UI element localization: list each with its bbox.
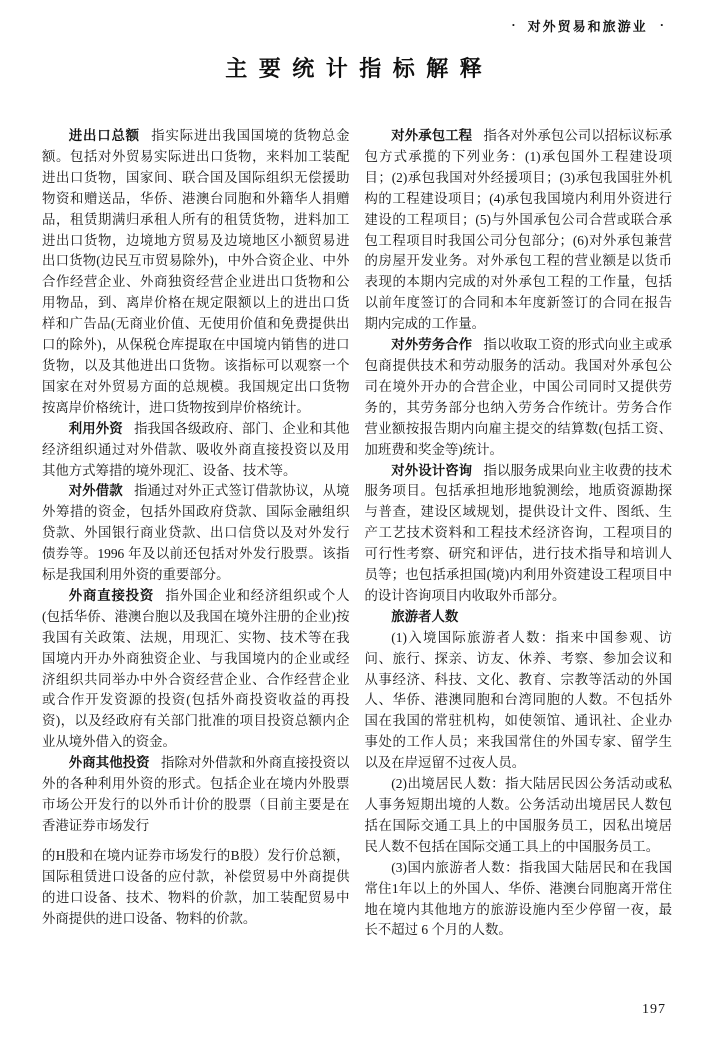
paragraph-text: (2)出境居民人数：指大陆居民因公务活动或私人事务短期出境的人数。公务活动出境居… [365, 776, 673, 854]
page-title: 主 要 统 计 指 标 解 释 [0, 52, 710, 83]
header-dot-left-icon: · [511, 17, 515, 33]
running-header: · 对外贸易和旅游业 · [511, 16, 664, 35]
left-column: 进出口总额指实际进出我国国境的货物总金额。包括对外贸易实际进出口货物，来料加工装… [42, 126, 350, 941]
paragraph-direct-investment: 外商直接投资指外国企业和经济组织或个人(包括华侨、港澳台胞以及我国在境外注册的企… [42, 586, 350, 753]
paragraph-heading: 对外设计咨询 [391, 463, 483, 478]
right-column: 对外承包工程指各对外承包公司以招标议标承包方式承揽的下列业务：(1)承包国外工程… [365, 126, 673, 941]
paragraph-text: 的H股和在境内证券市场发行的B股）发行价总额，国际租赁进口设备的应付款，补偿贸易… [42, 848, 350, 926]
paragraph-foreign-capital: 利用外资指我国各级政府、部门、企业和其他经济组织通过对外借款、吸收外商直接投资以… [42, 419, 350, 482]
document-page: · 对外贸易和旅游业 · 主 要 统 计 指 标 解 释 进出口总额指实际进出我… [0, 0, 710, 1042]
paragraph-heading: 对外借款 [69, 483, 134, 498]
paragraph-other-investment-continued: 的H股和在境内证券市场发行的B股）发行价总额，国际租赁进口设备的应付款，补偿贸易… [42, 846, 350, 930]
paragraph-contracted-projects: 对外承包工程指各对外承包公司以招标议标承包方式承揽的下列业务：(1)承包国外工程… [365, 126, 673, 335]
paragraph-inbound-tourists: (1)入境国际旅游者人数：指来中国参观、访问、旅行、探亲、访友、休养、考察、参加… [365, 628, 673, 774]
paragraph-heading: 旅游者人数 [391, 609, 469, 624]
paragraph-text: 指以服务成果向业主收费的技术服务项目。包括承担地形地貌测绘，地质资源勘探与普查，… [365, 463, 673, 603]
paragraph-text: 指以收取工资的形式向业主或承包商提供技术和劳动服务的活动。我国对外承包公司在境外… [365, 337, 673, 457]
paragraph-heading: 外商直接投资 [69, 588, 166, 603]
paragraph-heading: 对外劳务合作 [391, 337, 483, 352]
paragraph-heading: 进出口总额 [69, 128, 151, 143]
paragraph-heading: 利用外资 [69, 421, 134, 436]
paragraph-heading: 对外承包工程 [391, 128, 483, 143]
paragraph-outbound-residents: (2)出境居民人数：指大陆居民因公务活动或私人事务短期出境的人数。公务活动出境居… [365, 774, 673, 858]
paragraph-text: (3)国内旅游者人数：指我国大陆居民和在我国常住1年以上的外国人、华侨、港澳台同… [365, 860, 673, 938]
paragraph-text: 指外国企业和经济组织或个人(包括华侨、港澳台胞以及我国在境外注册的企业)按我国有… [42, 588, 350, 749]
paragraph-imports-exports: 进出口总额指实际进出我国国境的货物总金额。包括对外贸易实际进出口货物，来料加工装… [42, 126, 350, 419]
paragraph-text: (1)入境国际旅游者人数：指来中国参观、访问、旅行、探亲、访友、休养、考察、参加… [365, 630, 673, 770]
text-columns: 进出口总额指实际进出我国国境的货物总金额。包括对外贸易实际进出口货物，来料加工装… [42, 126, 672, 941]
header-chapter-label: 对外贸易和旅游业 [528, 16, 648, 35]
page-number: 197 [642, 1002, 666, 1018]
paragraph-other-investment: 外商其他投资指除对外借款和外商直接投资以外的各种利用外资的形式。包括企业在境内外… [42, 753, 350, 837]
paragraph-design-consultation: 对外设计咨询指以服务成果向业主收费的技术服务项目。包括承担地形地貌测绘，地质资源… [365, 461, 673, 607]
paragraph-heading: 外商其他投资 [69, 755, 161, 770]
header-dot-right-icon: · [660, 17, 664, 33]
paragraph-text: 指通过对外正式签订借款协议，从境外筹措的资金，包括外国政府贷款、国际金融组织贷款… [42, 483, 350, 582]
paragraph-tourist-numbers-heading: 旅游者人数 [365, 607, 673, 628]
paragraph-foreign-loans: 对外借款指通过对外正式签订借款协议，从境外筹措的资金，包括外国政府贷款、国际金融… [42, 481, 350, 586]
paragraph-labor-cooperation: 对外劳务合作指以收取工资的形式向业主或承包商提供技术和劳动服务的活动。我国对外承… [365, 335, 673, 460]
paragraph-text: 指实际进出我国国境的货物总金额。包括对外贸易实际进出口货物，来料加工装配进出口货… [42, 128, 350, 415]
paragraph-domestic-tourists: (3)国内旅游者人数：指我国大陆居民和在我国常住1年以上的外国人、华侨、港澳台同… [365, 858, 673, 942]
paragraph-text: 指各对外承包公司以招标议标承包方式承揽的下列业务：(1)承包国外工程建设项目；(… [365, 128, 673, 331]
